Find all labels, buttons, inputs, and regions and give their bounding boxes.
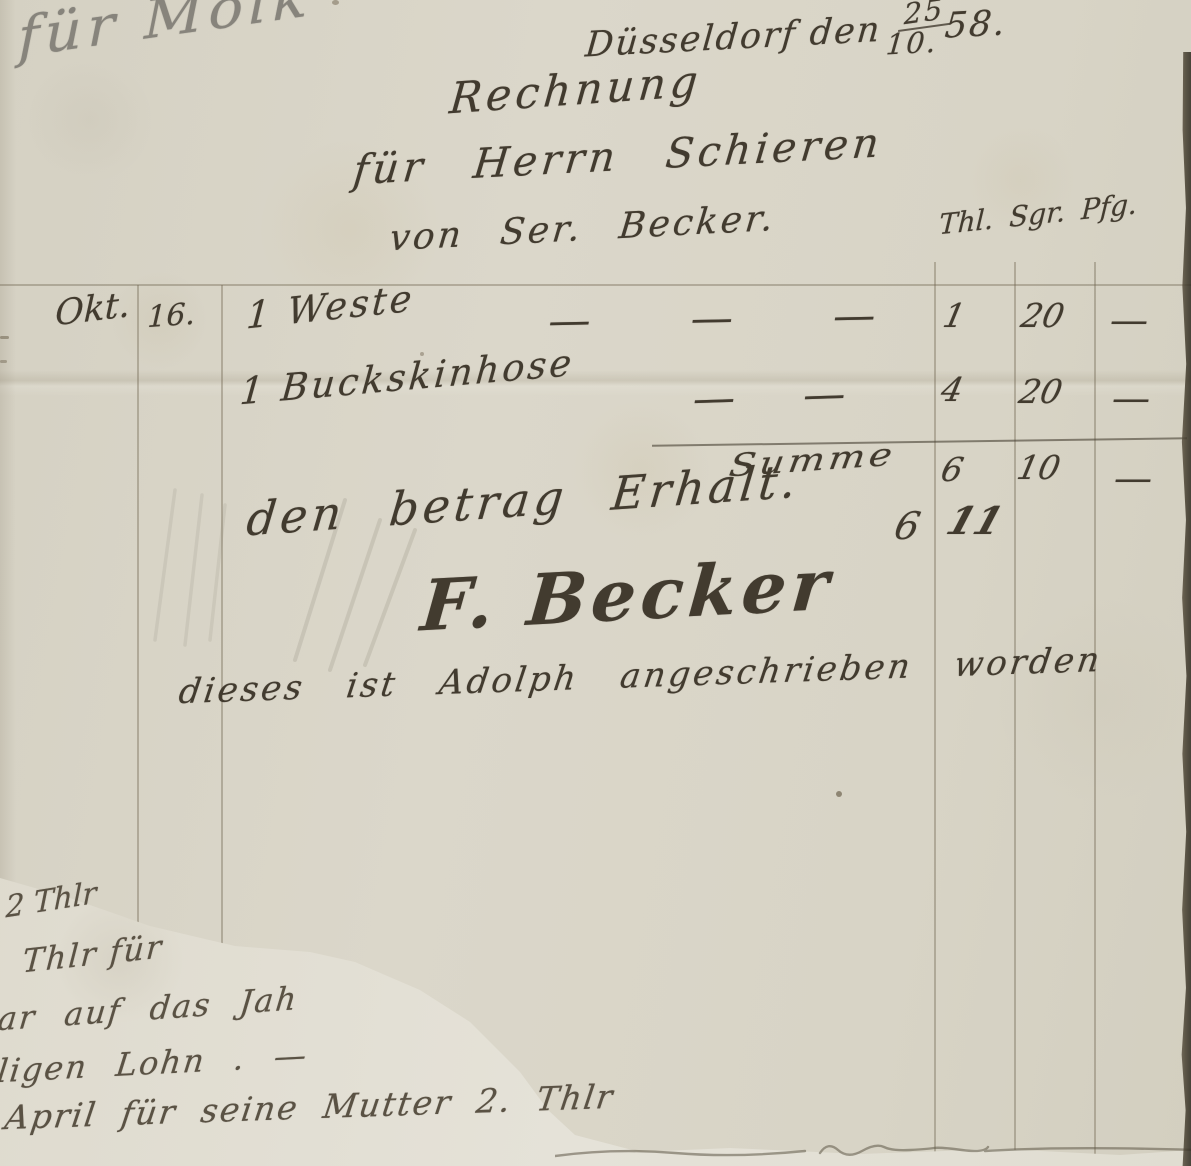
row1-month: Okt. (55, 285, 131, 335)
sum-underline (652, 437, 1187, 446)
col-rule-thl (934, 262, 936, 1166)
date-fraction: 2510. (885, 0, 942, 59)
row2-pfg: — (1112, 376, 1150, 420)
col-rule-pfg (1094, 262, 1096, 1166)
sum-sgr: 10 (1014, 448, 1064, 487)
fold-crease (0, 370, 1191, 396)
recipient-line: für Herrn Schieren (351, 118, 885, 194)
paper-speck (332, 0, 339, 5)
pencil-dedication: für Mölk (18, 0, 313, 70)
row1-sgr: 20 (1018, 296, 1068, 335)
row2-dashes: — — (692, 369, 846, 423)
ink-dot (836, 791, 842, 797)
receipt-thl: 6 (891, 504, 925, 548)
receipt-sgr: 11 (941, 498, 1009, 543)
receipt-line: den betrag Erhalt. (244, 453, 802, 546)
col-header-sgr: Sgr. (1008, 195, 1066, 234)
row2-item: 1 Buckskinhose (238, 341, 576, 414)
date-month: 10. (885, 28, 939, 59)
row1-day: 16. (147, 297, 196, 336)
signature: F. Becker (418, 542, 837, 647)
edge-mark-2 (0, 360, 7, 363)
ghost-strokes-2 (140, 480, 230, 650)
table-top-rule (0, 284, 1191, 286)
col-header-pfg: Pfg. (1080, 187, 1137, 226)
document-title: Rechnung (448, 56, 704, 124)
row1-thl: 1 (940, 296, 969, 335)
invoice-document: für Mölk Düsseldorf den2510.58. Rechnung… (0, 0, 1191, 1166)
column-headers: Thl. Sgr. Pfg. (938, 187, 1138, 241)
col-rule-sgr (1014, 262, 1016, 1166)
date-year: 58. (943, 3, 1008, 46)
row2-sgr: 20 (1016, 372, 1066, 411)
edge-mark-1 (0, 336, 9, 339)
row2-thl: 4 (938, 370, 967, 409)
torn-right-edge (1179, 52, 1191, 1166)
col-header-thl: Thl. (938, 202, 994, 241)
sum-pfg: — (1114, 456, 1152, 500)
sum-thl: 6 (938, 450, 967, 489)
date-day: 25 (899, 0, 951, 32)
issuer-line: von Ser. Becker. (388, 198, 778, 260)
row1-dashes: — — — (548, 290, 877, 345)
dateline-place: Düsseldorf den (584, 10, 884, 66)
cutoff-writing-fragment (555, 1136, 1191, 1164)
row1-pfg: — (1110, 298, 1148, 342)
